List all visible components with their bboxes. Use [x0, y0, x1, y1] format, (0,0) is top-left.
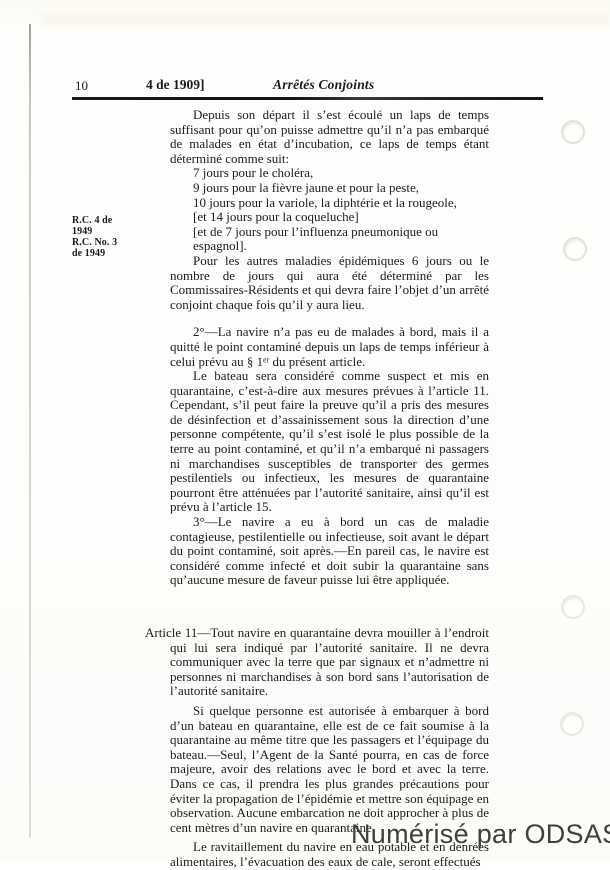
hole-punch — [561, 120, 585, 144]
scanned-document-page: 10 4 de 1909] Arrêtés Conjoints R.C. 4 d… — [0, 0, 610, 862]
hole-punch — [560, 712, 584, 736]
paragraph-article-11: Article 11—Tout navire en quarantaine de… — [170, 626, 489, 699]
paragraph-3: 3°—Le navire a eu à bord un cas de malad… — [170, 515, 489, 588]
list-item-cholera: 7 jours pour le choléra, — [193, 166, 489, 181]
paragraph-depuis: Depuis son départ il s’est écoulé un lap… — [170, 108, 489, 166]
list-item-fievre-peste: 9 jours pour la fièvre jaune et pour la … — [193, 181, 489, 196]
header-rule — [72, 97, 543, 100]
hole-punch — [561, 595, 585, 619]
header-title: Arrêtés Conjoints — [273, 77, 374, 93]
list-item-influenza: [et de 7 jours pour l’influenza pneumoni… — [193, 225, 489, 254]
scan-top-shading — [40, 13, 610, 26]
paragraph-si-quelque-personne: Si quelque personne est autorisée à emba… — [170, 704, 489, 835]
margin-note-line: R.C. 4 de — [72, 215, 144, 226]
body-text-column: Depuis son départ il s’est écoulé un lap… — [145, 108, 489, 862]
page-number: 10 — [75, 78, 88, 94]
hole-punch — [563, 237, 587, 261]
list-item-variole: 10 jours pour la variole, la diphtérie e… — [193, 196, 489, 211]
list-item-coqueluche: [et 14 jours pour la coqueluche] — [193, 210, 489, 225]
paragraph-autres-maladies: Pour les autres maladies épidémiques 6 j… — [170, 254, 489, 312]
header-citation: 4 de 1909] — [146, 77, 205, 93]
margin-note: R.C. 4 de 1949 R.C. No. 3 de 1949 — [72, 215, 144, 259]
page-edge-line — [29, 24, 31, 838]
margin-note-line: R.C. No. 3 — [72, 237, 144, 248]
margin-note-line: 1949 — [72, 226, 144, 237]
paragraph-2: 2°—La navire n’a pas eu de malades à bor… — [170, 325, 489, 369]
paragraph-bateau-suspect: Le bateau sera considéré comme suspect e… — [170, 369, 489, 515]
margin-note-line: de 1949 — [72, 248, 144, 259]
scan-credit: Numérisé par ODSAS — [351, 819, 610, 850]
